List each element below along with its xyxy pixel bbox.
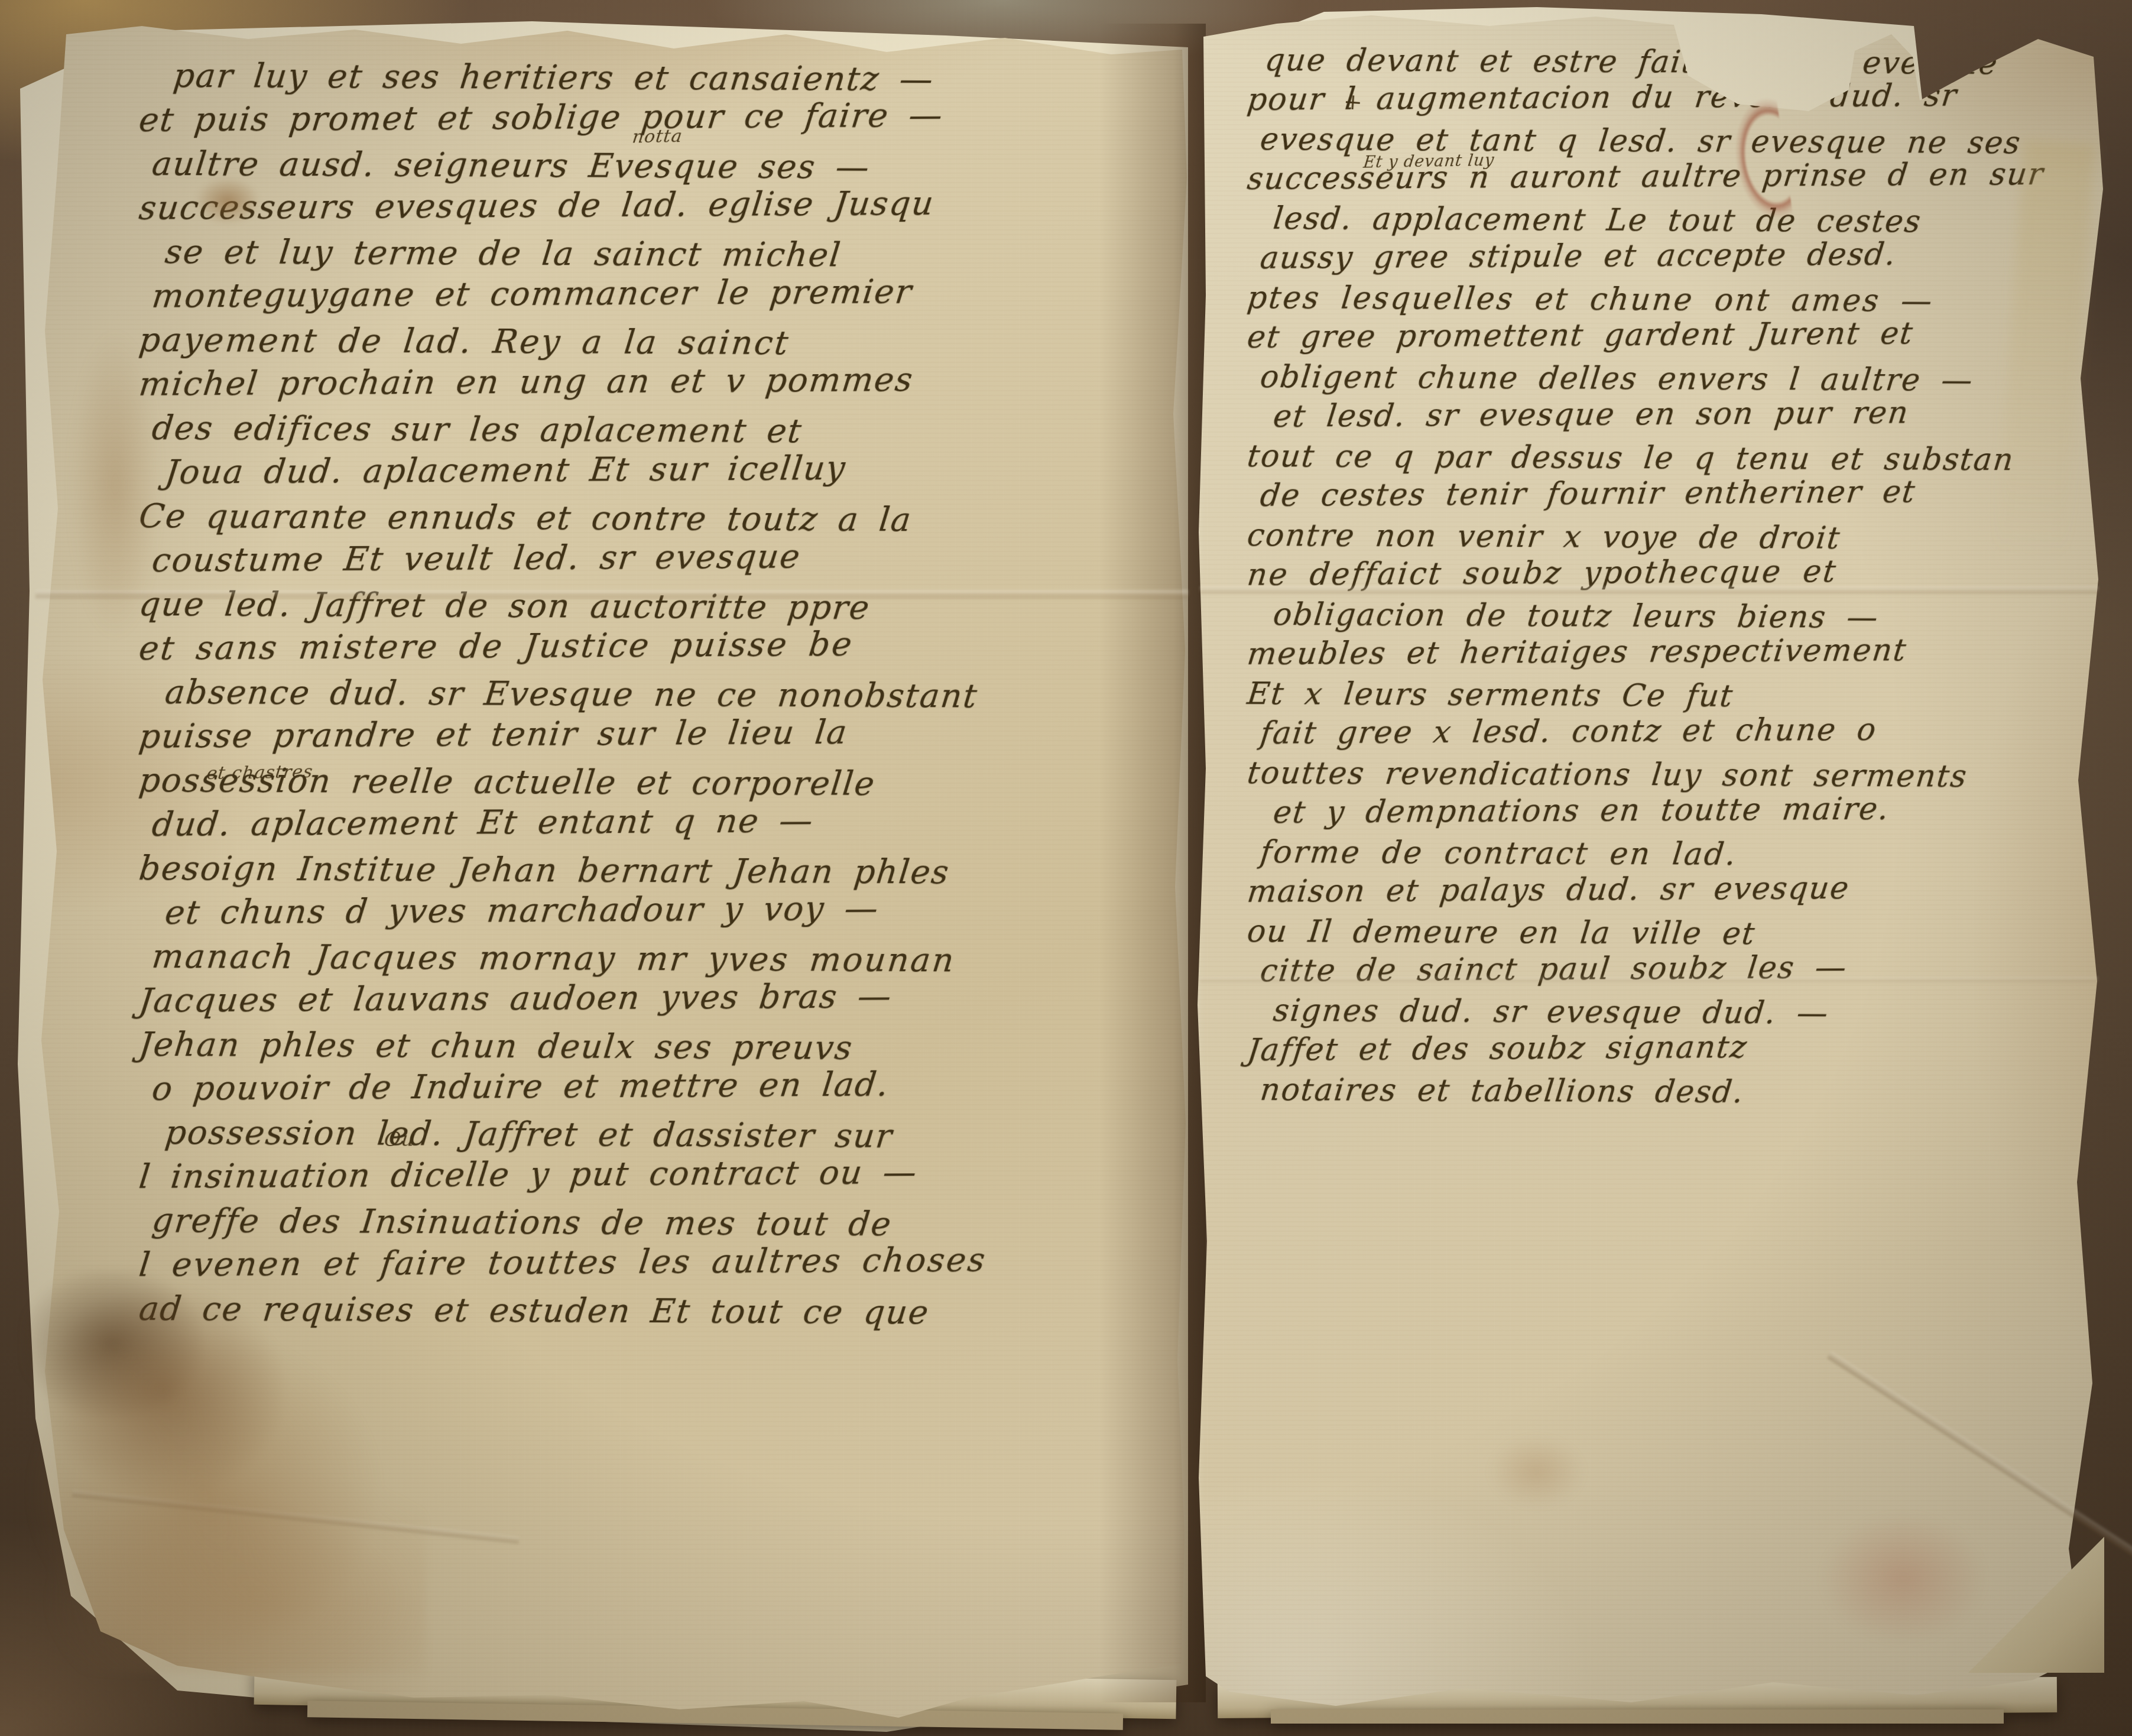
stacked-page-edge (1271, 1709, 2004, 1724)
manuscript-line: ne deffaict soubz ypothecque et (1245, 553, 2046, 597)
manuscript-line: puisse prandre et tenir sur le lieu la (137, 712, 989, 761)
manuscript-line: et puis promet et soblige pour ce faire … (137, 96, 989, 145)
manuscript-line: ad ce requises et estuden Et tout ce que (137, 1290, 988, 1338)
manuscript-line: l insinuation dicelle y put contract ou … (137, 1153, 989, 1202)
manuscript-line: et y dempnations en toutte maire. (1271, 790, 2046, 835)
manuscript-line: dud. aplacement Et entant q ne — (150, 800, 989, 849)
manuscript-line: meubles et heritaiges respectivement (1245, 632, 2046, 676)
manuscript-page-left: + notta et chastres Ou par luy et ses he… (30, 17, 1188, 1720)
manuscript-line: et gree promettent gardent Jurent et (1245, 315, 2046, 359)
manuscript-line: michel prochain en ung an et v pommes (137, 360, 989, 409)
manuscript-line: successeurs evesques de lad. eglise Jusq… (137, 184, 989, 233)
manuscript-line: Jacques et lauvans audoen yves bras — (137, 976, 989, 1026)
manuscript-line: de cestes tenir fournir entheriner et (1258, 473, 2046, 518)
manuscript-line: monteguygane et commancer le premier (150, 272, 989, 321)
manuscript-page-right: + Et y devant luy que devant et estre fa… (1191, 7, 2113, 1714)
manuscript-line: fait gree x lesd. contz et chune o (1258, 711, 2046, 755)
manuscript-photo: + notta et chastres Ou par luy et ses he… (0, 0, 2132, 1736)
manuscript-line: aussy gree stipule et accepte desd. (1258, 236, 2046, 280)
left-text: par luy et ses heritiers et cansaientz —… (139, 57, 986, 1334)
page-gutter-shadow (1099, 24, 1206, 1702)
manuscript-line: et sans mistere de Justice puisse be (137, 624, 989, 673)
right-text: que devant et estre fait dud. sr evesque… (1247, 43, 2043, 1112)
manuscript-line: Jaffet et des soubz signantz (1245, 1028, 2046, 1072)
manuscript-line: coustume Et veult led. sr evesque (150, 536, 989, 585)
manuscript-line: Joua dud. aplacement Et sur icelluy (163, 448, 989, 497)
manuscript-line: l evenen et faire touttes les aultres ch… (137, 1241, 989, 1290)
manuscript-line: pour l augmentacion du revenu dud. sr (1245, 77, 2046, 122)
manuscript-line: et lesd. sr evesque en son pur ren (1271, 394, 2046, 439)
manuscript-line: o pouvoir de Induire et mettre en lad. (150, 1065, 989, 1114)
manuscript-line: notaires et tabellions desd. (1258, 1072, 2045, 1115)
manuscript-line: successeurs n auront aultre prinse d en … (1245, 157, 2046, 201)
manuscript-line: maison et palays dud. sr evesque (1245, 869, 2046, 914)
manuscript-line: citte de sainct paul soubz les — (1258, 949, 2046, 993)
manuscript-line: et chuns d yves marchadour y voy — (163, 888, 989, 937)
